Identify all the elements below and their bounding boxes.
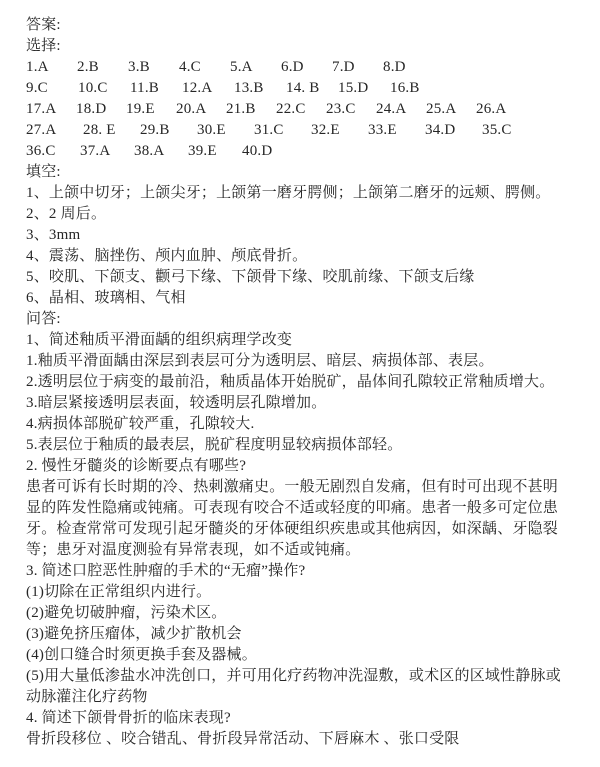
- qa-answer-line: 患者可诉有长时期的冷、热刺激痛史。一般无剧烈自发痛，但有时可出现不甚明: [26, 477, 578, 498]
- choice-answer: 3.B: [128, 57, 179, 78]
- choice-answer: 24.A: [376, 99, 426, 120]
- fill-blank-answer: 6、晶相、玻璃相、气相: [26, 288, 578, 309]
- choice-answer: 32.E: [311, 120, 368, 141]
- choice-answer: 22.C: [276, 99, 326, 120]
- qa-answer-line: 5.表层位于釉质的最表层，脱矿程度明显较病损体部轻。: [26, 435, 578, 456]
- choice-section-heading: 选择:: [26, 36, 578, 57]
- choice-answer: 35.C: [482, 120, 539, 141]
- qa-question: 3. 简述口腔恶性肿瘤的手术的“无瘤”操作?: [26, 561, 578, 582]
- choice-answer: 38.A: [134, 141, 188, 162]
- qa-answer-line: 牙。检查常常可发现引起牙髓炎的牙体硬组织疾患或其他病因，如深龋、牙隐裂: [26, 519, 578, 540]
- choice-answer: 11.B: [130, 78, 182, 99]
- choice-answer: 2.B: [77, 57, 128, 78]
- choice-answer: 33.E: [368, 120, 425, 141]
- choice-answer-row: 1.A2.B3.B4.C5.A6.D7.D8.D: [26, 57, 578, 78]
- choice-answer: 21.B: [226, 99, 276, 120]
- choice-answer: 13.B: [234, 78, 286, 99]
- choice-answer: 34.D: [425, 120, 482, 141]
- qa-section: 1、简述釉质平滑面龋的组织病理学改变1.釉质平滑面龋由深层到表层可分为透明层、暗…: [26, 330, 578, 750]
- choice-answer: 29.B: [140, 120, 197, 141]
- qa-answer-line: 1.釉质平滑面龋由深层到表层可分为透明层、暗层、病损体部、表层。: [26, 351, 578, 372]
- choice-answer: 18.D: [76, 99, 126, 120]
- choice-answer: 30.E: [197, 120, 254, 141]
- choice-answer: 15.D: [338, 78, 390, 99]
- qa-answer-line: 2.透明层位于病变的最前沿，釉质晶体开始脱矿，晶体间孔隙较正常釉质增大。: [26, 372, 578, 393]
- fill-blank-answers-section: 1、上颌中切牙；上颌尖牙；上颌第一磨牙腭侧；上颌第二磨牙的远颊、腭侧。2、2 周…: [26, 183, 578, 309]
- qa-question: 4. 简述下颌骨骨折的临床表现?: [26, 708, 578, 729]
- fill-blank-answer: 5、咬肌、下颌支、颧弓下缘、下颌骨下缘、咬肌前缘、下颌支后缘: [26, 267, 578, 288]
- choice-answer-row: 27.A28. E29.B30.E31.C32.E33.E34.D35.C: [26, 120, 578, 141]
- answers-heading: 答案:: [26, 15, 578, 36]
- qa-answer-line: 3.暗层紧接透明层表面，较透明层孔隙增加。: [26, 393, 578, 414]
- answer-key-document: 答案: 选择: 1.A2.B3.B4.C5.A6.D7.D8.D9.C10.C1…: [0, 0, 600, 767]
- choice-answer: 40.D: [242, 141, 296, 162]
- choice-answer-row: 36.C37.A38.A39.E40.D: [26, 141, 578, 162]
- choice-answer: 17.A: [26, 99, 76, 120]
- fill-blank-answer: 1、上颌中切牙；上颌尖牙；上颌第一磨牙腭侧；上颌第二磨牙的远颊、腭侧。: [26, 183, 578, 204]
- choice-answer: 12.A: [182, 78, 234, 99]
- choice-answer: 8.D: [383, 57, 434, 78]
- qa-answer-line: (4)创口缝合时须更换手套及器械。: [26, 645, 578, 666]
- fill-blank-answer: 3、3mm: [26, 225, 578, 246]
- choice-answer: 20.A: [176, 99, 226, 120]
- choice-answer-row: 17.A18.D19.E20.A21.B22.C23.C24.A25.A26.A: [26, 99, 578, 120]
- choice-answer: 25.A: [426, 99, 476, 120]
- choice-answer: 10.C: [78, 78, 130, 99]
- qa-answer-line: (2)避免切破肿瘤，污染术区。: [26, 603, 578, 624]
- choice-answer: 7.D: [332, 57, 383, 78]
- fill-blank-answer: 2、2 周后。: [26, 204, 578, 225]
- choice-answer: 27.A: [26, 120, 83, 141]
- choice-answer: 16.B: [390, 78, 442, 99]
- qa-section-heading: 问答:: [26, 309, 578, 330]
- choice-answer: 5.A: [230, 57, 281, 78]
- fill-section-heading: 填空:: [26, 162, 578, 183]
- choice-answer: 6.D: [281, 57, 332, 78]
- choice-answers-section: 1.A2.B3.B4.C5.A6.D7.D8.D9.C10.C11.B12.A1…: [26, 57, 578, 162]
- choice-answer: 1.A: [26, 57, 77, 78]
- qa-answer-line: 骨折段移位 、咬合错乱、骨折段异常活动、下唇麻木 、张口受限: [26, 729, 578, 750]
- choice-answer: 14. B: [286, 78, 338, 99]
- qa-question: 1、简述釉质平滑面龋的组织病理学改变: [26, 330, 578, 351]
- qa-answer-line: (1)切除在正常组织内进行。: [26, 582, 578, 603]
- choice-answer: 36.C: [26, 141, 80, 162]
- qa-answer-line: 显的阵发性隐痛或钝痛。可表现有咬合不适或轻度的叩痛。患者一般多可定位患: [26, 498, 578, 519]
- qa-answer-line: 等；患牙对温度测验有异常表现，如不适或钝痛。: [26, 540, 578, 561]
- choice-answer: 28. E: [83, 120, 140, 141]
- choice-answer: 19.E: [126, 99, 176, 120]
- qa-answer-line: (3)避免挤压瘤体，减少扩散机会: [26, 624, 578, 645]
- choice-answer: 9.C: [26, 78, 78, 99]
- choice-answer: 23.C: [326, 99, 376, 120]
- qa-answer-line: 4.病损体部脱矿较严重，孔隙较大.: [26, 414, 578, 435]
- choice-answer: 39.E: [188, 141, 242, 162]
- choice-answer: 26.A: [476, 99, 526, 120]
- qa-answer-line: (5)用大量低渗盐水冲洗创口，并可用化疗药物冲洗湿敷，或术区的区域性静脉或: [26, 666, 578, 687]
- choice-answer-row: 9.C10.C11.B12.A13.B14. B15.D16.B: [26, 78, 578, 99]
- choice-answer: 4.C: [179, 57, 230, 78]
- qa-answer-line: 动脉灌注化疗药物: [26, 687, 578, 708]
- choice-answer: 37.A: [80, 141, 134, 162]
- fill-blank-answer: 4、震荡、脑挫伤、颅内血肿、颅底骨折。: [26, 246, 578, 267]
- qa-question: 2. 慢性牙髓炎的诊断要点有哪些?: [26, 456, 578, 477]
- choice-answer: 31.C: [254, 120, 311, 141]
